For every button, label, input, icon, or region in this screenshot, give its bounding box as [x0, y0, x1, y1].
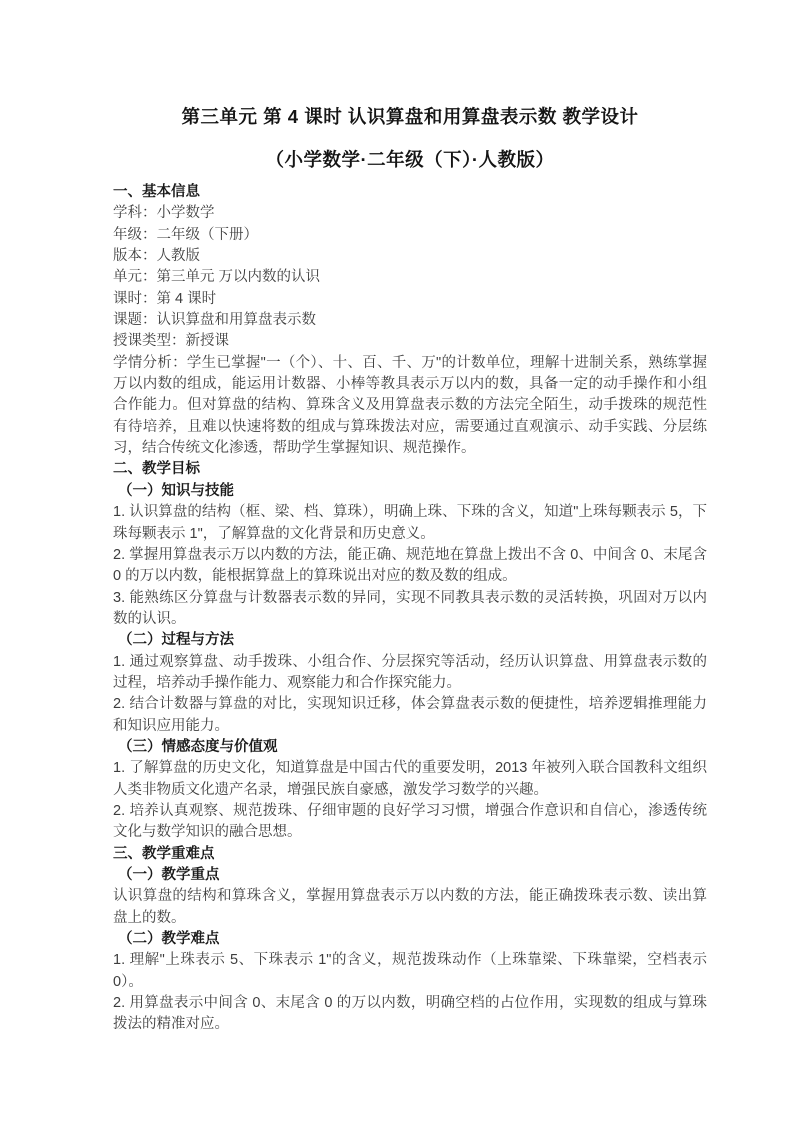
paragraph: 1. 认识算盘的结构（框、梁、档、算珠），明确上珠、下珠的含义，知道"上珠每颗表…	[113, 502, 707, 545]
paragraph: 课题：认识算盘和用算盘表示数	[113, 310, 707, 331]
section-heading: （二）教学难点	[113, 929, 707, 950]
paragraph: 版本：人教版	[113, 246, 707, 267]
section-heading: 一、基本信息	[113, 182, 707, 203]
section-heading: （一）教学重点	[113, 865, 707, 886]
document-content: 一、基本信息学科：小学数学年级：二年级（下册）版本：人教版单元：第三单元 万以内…	[113, 182, 707, 1036]
paragraph: 年级：二年级（下册）	[113, 225, 707, 246]
paragraph: 1. 理解"上珠表示 5、下珠表示 1"的含义，规范拨珠动作（上珠靠梁、下珠靠梁…	[113, 950, 707, 993]
document-title: 第三单元 第 4 课时 认识算盘和用算盘表示数 教学设计 （小学数学·二年级（下…	[113, 95, 707, 181]
paragraph: 课时：第 4 课时	[113, 289, 707, 310]
section-heading: 二、教学目标	[113, 459, 707, 480]
paragraph: 2. 掌握用算盘表示万以内数的方法，能正确、规范地在算盘上拨出不含 0、中间含 …	[113, 545, 707, 588]
paragraph: 学科：小学数学	[113, 203, 707, 224]
paragraph: 单元：第三单元 万以内数的认识	[113, 267, 707, 288]
paragraph: 2. 培养认真观察、规范拨珠、仔细审题的良好学习习惯，增强合作意识和自信心，渗透…	[113, 801, 707, 844]
document-title-line2: （小学数学·二年级（下）·人教版）	[113, 138, 707, 181]
section-heading: （二）过程与方法	[113, 630, 707, 651]
paragraph: 2. 结合计数器与算盘的对比，实现知识迁移，体会算盘表示数的便捷性，培养逻辑推理…	[113, 694, 707, 737]
document-page: 第三单元 第 4 课时 认识算盘和用算盘表示数 教学设计 （小学数学·二年级（下…	[0, 0, 794, 1123]
section-heading: （一）知识与技能	[113, 481, 707, 502]
document-title-line1: 第三单元 第 4 课时 认识算盘和用算盘表示数 教学设计	[113, 95, 707, 138]
section-heading: （三）情感态度与价值观	[113, 737, 707, 758]
paragraph: 1. 通过观察算盘、动手拨珠、小组合作、分层探究等活动，经历认识算盘、用算盘表示…	[113, 652, 707, 695]
paragraph: 3. 能熟练区分算盘与计数器表示数的异同，实现不同教具表示数的灵活转换，巩固对万…	[113, 588, 707, 631]
paragraph: 授课类型：新授课	[113, 331, 707, 352]
paragraph: 认识算盘的结构和算珠含义，掌握用算盘表示万以内数的方法，能正确拨珠表示数、读出算…	[113, 886, 707, 929]
section-heading: 三、教学重难点	[113, 844, 707, 865]
paragraph: 学情分析：学生已掌握"一（个）、十、百、千、万"的计数单位，理解十进制关系，熟练…	[113, 353, 707, 460]
paragraph: 1. 了解算盘的历史文化，知道算盘是中国古代的重要发明，2013 年被列入联合国…	[113, 758, 707, 801]
paragraph: 2. 用算盘表示中间含 0、末尾含 0 的万以内数，明确空档的占位作用，实现数的…	[113, 993, 707, 1036]
